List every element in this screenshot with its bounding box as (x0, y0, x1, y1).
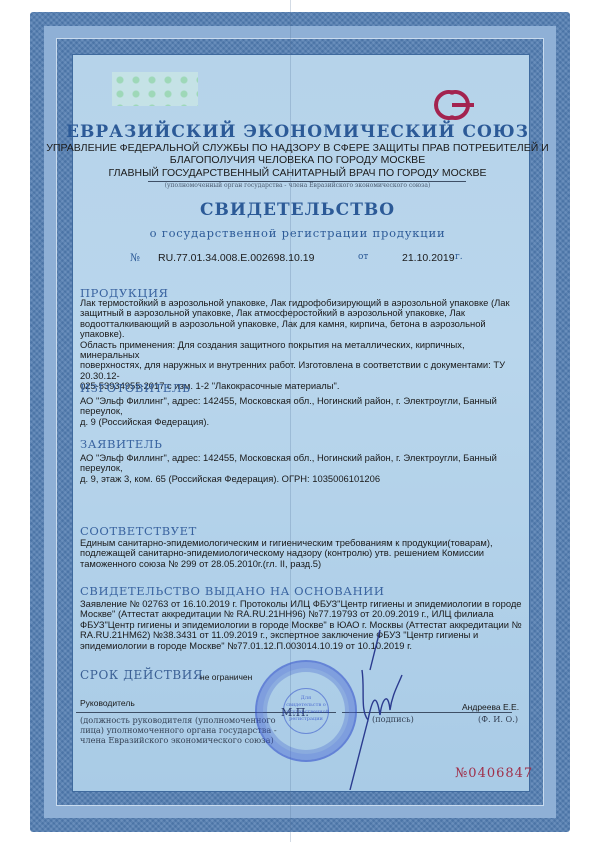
role-caption: (должность руководителя (уполномоченного… (80, 715, 277, 745)
role-caption-line: (должность руководителя (уполномоченного (80, 715, 277, 725)
basis-heading: СВИДЕТЕЛЬСТВО ВЫДАНО НА ОСНОВАНИИ (80, 584, 385, 598)
form-serial-number: №0406847 (455, 766, 533, 781)
validity-heading: СРОК ДЕЙСТВИЯ (80, 668, 203, 682)
name-caption: (Ф. И. О.) (478, 714, 518, 724)
applicant-line: д. 9, этаж 3, ком. 65 (Российская Федера… (80, 474, 520, 484)
product-line: водоотталкивающий в аэрозольной упаковке… (80, 319, 520, 340)
conformity-heading: СООТВЕТСТВУЕТ (80, 524, 197, 538)
certificate-title: СВИДЕТЕЛЬСТВО (0, 200, 595, 220)
applicant-body: АО "Эльф Филлинг", адрес: 142455, Москов… (80, 453, 520, 484)
role-caption-line: члена Евразийского экономического союза) (80, 735, 277, 745)
basis-body: Заявление № 02763 от 16.10.2019 г. Прото… (80, 599, 535, 651)
applicant-heading: ЗАЯВИТЕЛЬ (80, 437, 162, 451)
date-label: от (358, 252, 368, 262)
signature-scribble (340, 630, 420, 790)
manufacturer-line: д. 9 (Российская Федерация). (80, 417, 520, 427)
issuing-authority-line2: БЛАГОПОЛУЧИЯ ЧЕЛОВЕКА ПО ГОРОДУ МОСКВЕ (0, 154, 595, 166)
manufacturer-heading: ИЗГОТОВИТЕЛЬ (80, 381, 190, 395)
basis-line: эпидемиологии в городе Москве" №77.01.12… (80, 641, 535, 651)
issuing-authority-line3: ГЛАВНЫЙ ГОСУДАРСТВЕННЫЙ САНИТАРНЫЙ ВРАЧ … (0, 167, 595, 179)
hologram-sticker (112, 72, 198, 106)
certificate-content: ЕВРАЗИЙСКИЙ ЭКОНОМИЧЕСКИЙ СОЮЗ УПРАВЛЕНИ… (0, 0, 595, 842)
stamp-mark: М.П. (281, 706, 309, 719)
signatory-name: Андреева Е.Е. (462, 702, 519, 712)
manufacturer-body: АО "Эльф Филлинг", адрес: 142455, Москов… (80, 396, 520, 427)
registration-date: 21.10.2019 (402, 252, 455, 264)
conformity-line: таможенного союза № 299 от 28.05.2010г.(… (80, 559, 520, 569)
role-caption-line: лица) уполномоченного органа государства… (80, 725, 277, 735)
manufacturer-line: АО "Эльф Филлинг", адрес: 142455, Москов… (80, 396, 520, 417)
issuing-authority-line1: УПРАВЛЕНИЕ ФЕДЕРАЛЬНОЙ СЛУЖБЫ ПО НАДЗОРУ… (0, 142, 595, 154)
authority-caption: (уполномоченный орган государства - член… (0, 182, 595, 189)
product-line: поверхностях, для наружных и внутренних … (80, 360, 520, 381)
eac-mark-icon (428, 88, 488, 122)
registration-number: RU.77.01.34.008.Е.002698.10.19 (158, 252, 314, 264)
signatory-role: Руководитель (80, 698, 135, 708)
product-line: Область применения: Для создания защитно… (80, 340, 520, 361)
validity-value: не ограничен (200, 672, 252, 682)
product-body: Лак термостойкий в аэрозольной упаковке,… (80, 298, 520, 392)
year-suffix: г. (455, 252, 463, 262)
conformity-body: Единым санитарно-эпидемиологическим и ги… (80, 538, 520, 569)
number-label: № (130, 252, 140, 264)
union-title: ЕВРАЗИЙСКИЙ ЭКОНОМИЧЕСКИЙ СОЮЗ (0, 122, 595, 142)
applicant-line: АО "Эльф Филлинг", адрес: 142455, Москов… (80, 453, 520, 474)
certificate-subtitle: о государственной регистрации продукции (0, 226, 595, 240)
